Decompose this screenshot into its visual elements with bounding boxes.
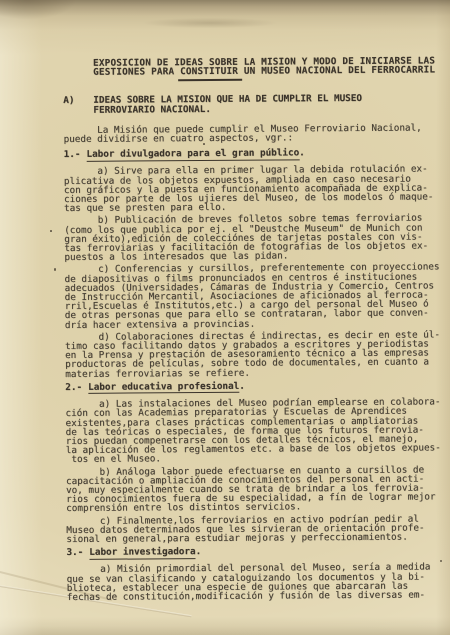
- heading-a-text: IDEAS SOBRE LA MISION QUE HA DE CUMPLIR …: [93, 94, 362, 114]
- section-2-heading: 2.-Labor educativa profesional.: [65, 380, 440, 392]
- scanned-typewritten-page: EXPOSICION DE IDEAS SOBRE LA MISION Y MO…: [0, 0, 450, 635]
- section-1-heading: 1.-Labor divulgadora para el gran públic…: [64, 148, 439, 160]
- section-2-number: 2.-: [65, 382, 82, 393]
- paragraph: b) Análoga labor puede efectuarse en cua…: [66, 465, 441, 514]
- document-content: EXPOSICION DE IDEAS SOBRE LA MISION Y MO…: [63, 56, 442, 605]
- paragraph: a) Misión primordial del personal del Mu…: [67, 563, 442, 602]
- paragraph: c) Finalmente,los ferroviarios en activo…: [66, 514, 441, 544]
- section-3-title: Labor investigadora: [89, 546, 195, 559]
- paper-speck: [50, 230, 52, 232]
- section-2-title: Labor educativa profesional: [88, 381, 239, 395]
- paragraph: a) Las instalaciones del Museo podrían e…: [65, 397, 440, 464]
- paragraph: d) Colaboraciones directas é indirectas,…: [65, 330, 440, 379]
- section-3-title-period: .: [196, 546, 202, 557]
- document-title: EXPOSICION DE IDEAS SOBRE LA MISION Y MO…: [93, 56, 438, 77]
- section-1-title-period: .: [299, 148, 305, 159]
- paragraph: c) Conferencias y cursillos, preferentem…: [64, 263, 439, 330]
- section-3-heading: 3.-Labor investigadora.: [66, 546, 441, 558]
- heading-a: A) IDEAS SOBRE LA MISION QUE HA DE CUMPL…: [63, 94, 438, 115]
- section-1-title: Labor divulgadora para el gran público: [86, 148, 299, 162]
- paragraph: a) Sirve para ella en primer lugar la de…: [64, 165, 439, 214]
- paragraph: b) Publicación de breves folletos sobre …: [64, 214, 439, 263]
- paper-smudge: [120, 16, 300, 30]
- section-2-title-period: .: [239, 381, 245, 392]
- heading-a-label: A): [63, 96, 93, 115]
- document-title-line2: GESTIONES PARA CONSTITUIR UN MUSEO NACIO…: [93, 66, 438, 78]
- section-3-number: 3.-: [66, 547, 83, 558]
- paper-speck: [54, 268, 56, 271]
- title-separator-line: [178, 79, 242, 81]
- heading-a-line2: FERROVIARIO NACIONAL.: [93, 104, 362, 115]
- intro-paragraph: La Misión que puede cumplir el Museo Fer…: [63, 123, 438, 144]
- section-1-number: 1.-: [64, 149, 81, 160]
